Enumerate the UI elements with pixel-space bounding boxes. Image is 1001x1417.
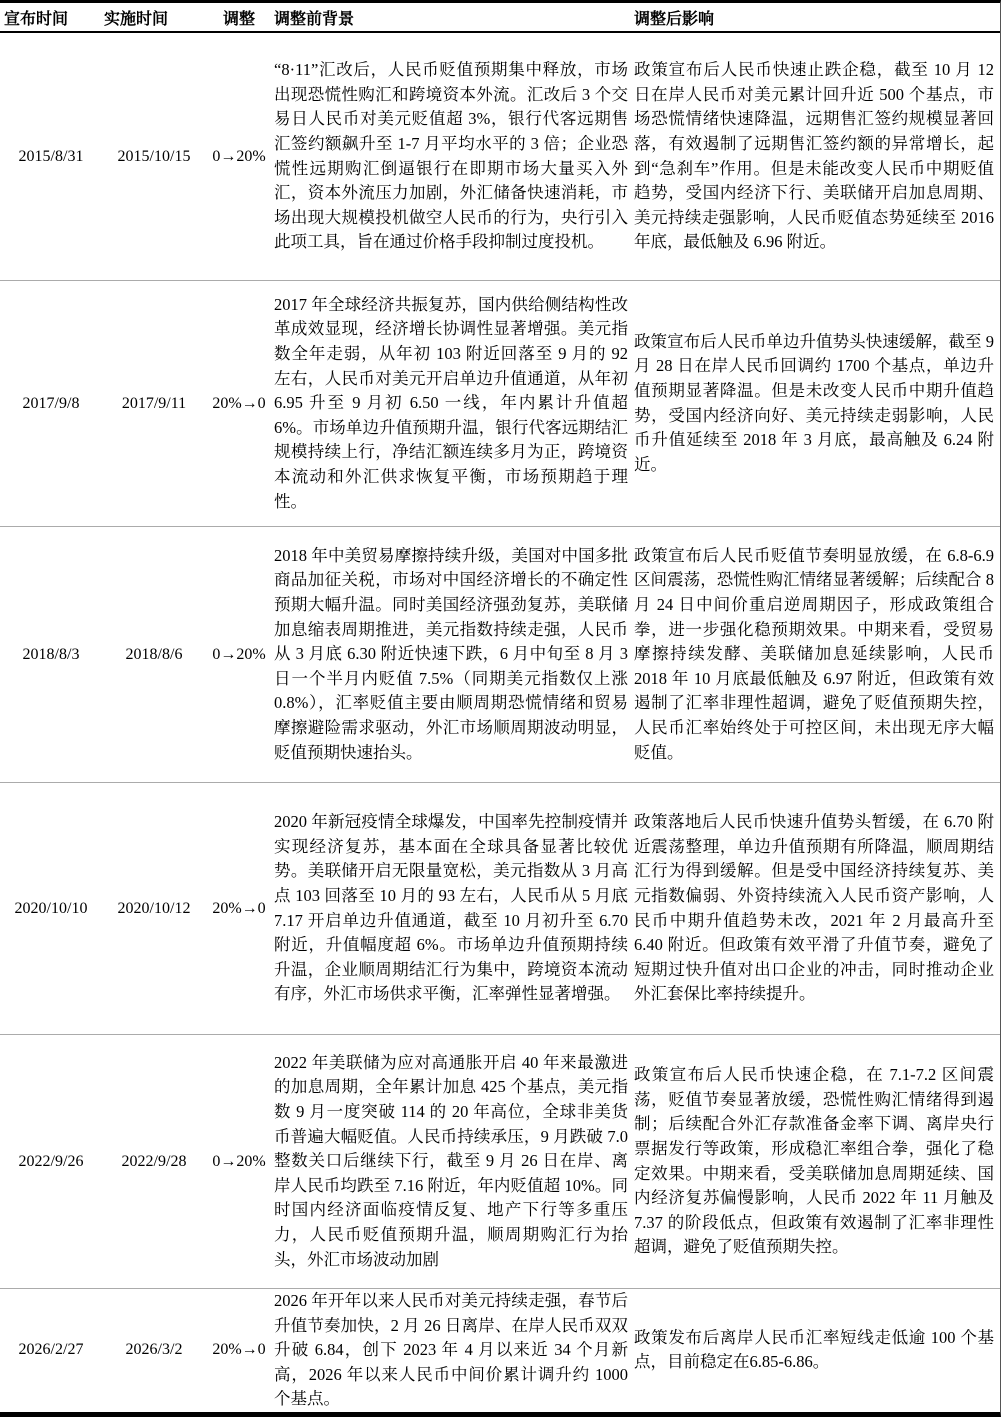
impact-text: 政策宣布后人民币单边升值势头快速缓解，截至 9 月 28 日在岸人民币回调约 1… (634, 330, 994, 478)
table-row: 2020/10/10 2020/10/12 20%→0 2020 年新冠疫情全球… (0, 782, 1000, 1034)
implement-date: 2018/8/6 (104, 646, 204, 664)
impact-text: 政策发布后离岸人民币汇率短线走低逾 100 个基点，目前稳定在6.85-6.86… (634, 1326, 994, 1375)
background-text: “8·11”汇改后，人民币贬值预期集中释放，市场出现恐慌性购汇和跨境资本外流。汇… (274, 58, 628, 255)
adjustment-value: 0→20% (210, 646, 268, 664)
impact-text: 政策宣布后人民币快速企稳，在 7.1-7.2 区间震荡，贬值节奏显著放缓，恐慌性… (634, 1063, 994, 1260)
column-header-background: 调整前背景 (274, 6, 628, 29)
background-text: 2018 年中美贸易摩擦持续升级，美国对中国多批商品加征关税，市场对中国经济增长… (274, 544, 628, 765)
impact-text: 政策宣布后人民币贬值节奏明显放缓，在 6.8-6.9 区间震荡，恐慌性购汇情绪显… (634, 544, 994, 765)
table-row: 2017/9/8 2017/9/11 20%→0 2017 年全球经济共振复苏，… (0, 280, 1000, 526)
table-row: 2026/2/27 2026/3/2 20%→0 2026 年开年以来人民币对美… (0, 1288, 1000, 1412)
announce-date: 2026/2/27 (4, 1341, 98, 1359)
background-text: 2020 年新冠疫情全球爆发，中国率先控制疫情并实现经济复苏，基本面在全球具备显… (274, 810, 628, 1007)
column-header-implement-date: 实施时间 (104, 6, 204, 29)
column-header-adjustment: 调整 (210, 6, 268, 29)
announce-date: 2018/8/3 (4, 646, 98, 664)
adjustment-value: 20%→0 (210, 900, 268, 918)
adjustment-value: 20%→0 (210, 395, 268, 413)
announce-date: 2017/9/8 (4, 395, 98, 413)
column-header-impact: 调整后影响 (634, 6, 994, 29)
adjustment-value: 0→20% (210, 1153, 268, 1171)
implement-date: 2015/10/15 (104, 148, 204, 166)
implement-date: 2022/9/28 (104, 1153, 204, 1171)
table-row: 2015/8/31 2015/10/15 0→20% “8·11”汇改后，人民币… (0, 33, 1000, 280)
table-row: 2018/8/3 2018/8/6 0→20% 2018 年中美贸易摩擦持续升级… (0, 526, 1000, 782)
announce-date: 2020/10/10 (4, 900, 98, 918)
implement-date: 2020/10/12 (104, 900, 204, 918)
fx-risk-reserve-policy-table: 宣布时间 实施时间 调整 调整前背景 调整后影响 2015/8/31 2015/… (0, 0, 1001, 1417)
background-text: 2022 年美联储为应对高通胀开启 40 年来最激进的加息周期，全年累计加息 4… (274, 1051, 628, 1272)
background-text: 2017 年全球经济共振复苏，国内供给侧结构性改革成效显现，经济增长协调性显著增… (274, 293, 628, 514)
implement-date: 2017/9/11 (104, 395, 204, 413)
column-header-announce-date: 宣布时间 (4, 6, 98, 29)
impact-text: 政策宣布后人民币快速止跌企稳，截至 10 月 12 日在岸人民币对美元累计回升近… (634, 58, 994, 255)
impact-text: 政策落地后人民币快速升值势头暂缓，在 6.70 附近震荡整理，单边升值预期有所降… (634, 810, 994, 1007)
adjustment-value: 0→20% (210, 148, 268, 166)
adjustment-value: 20%→0 (210, 1341, 268, 1359)
implement-date: 2026/3/2 (104, 1341, 204, 1359)
background-text: 2026 年开年以来人民币对美元持续走强，春节后升值节奏加快，2 月 26 日离… (274, 1289, 628, 1412)
table-row: 2022/9/26 2022/9/28 0→20% 2022 年美联储为应对高通… (0, 1034, 1000, 1288)
announce-date: 2015/8/31 (4, 148, 98, 166)
announce-date: 2022/9/26 (4, 1153, 98, 1171)
table-header-row: 宣布时间 实施时间 调整 调整前背景 调整后影响 (0, 3, 1000, 33)
